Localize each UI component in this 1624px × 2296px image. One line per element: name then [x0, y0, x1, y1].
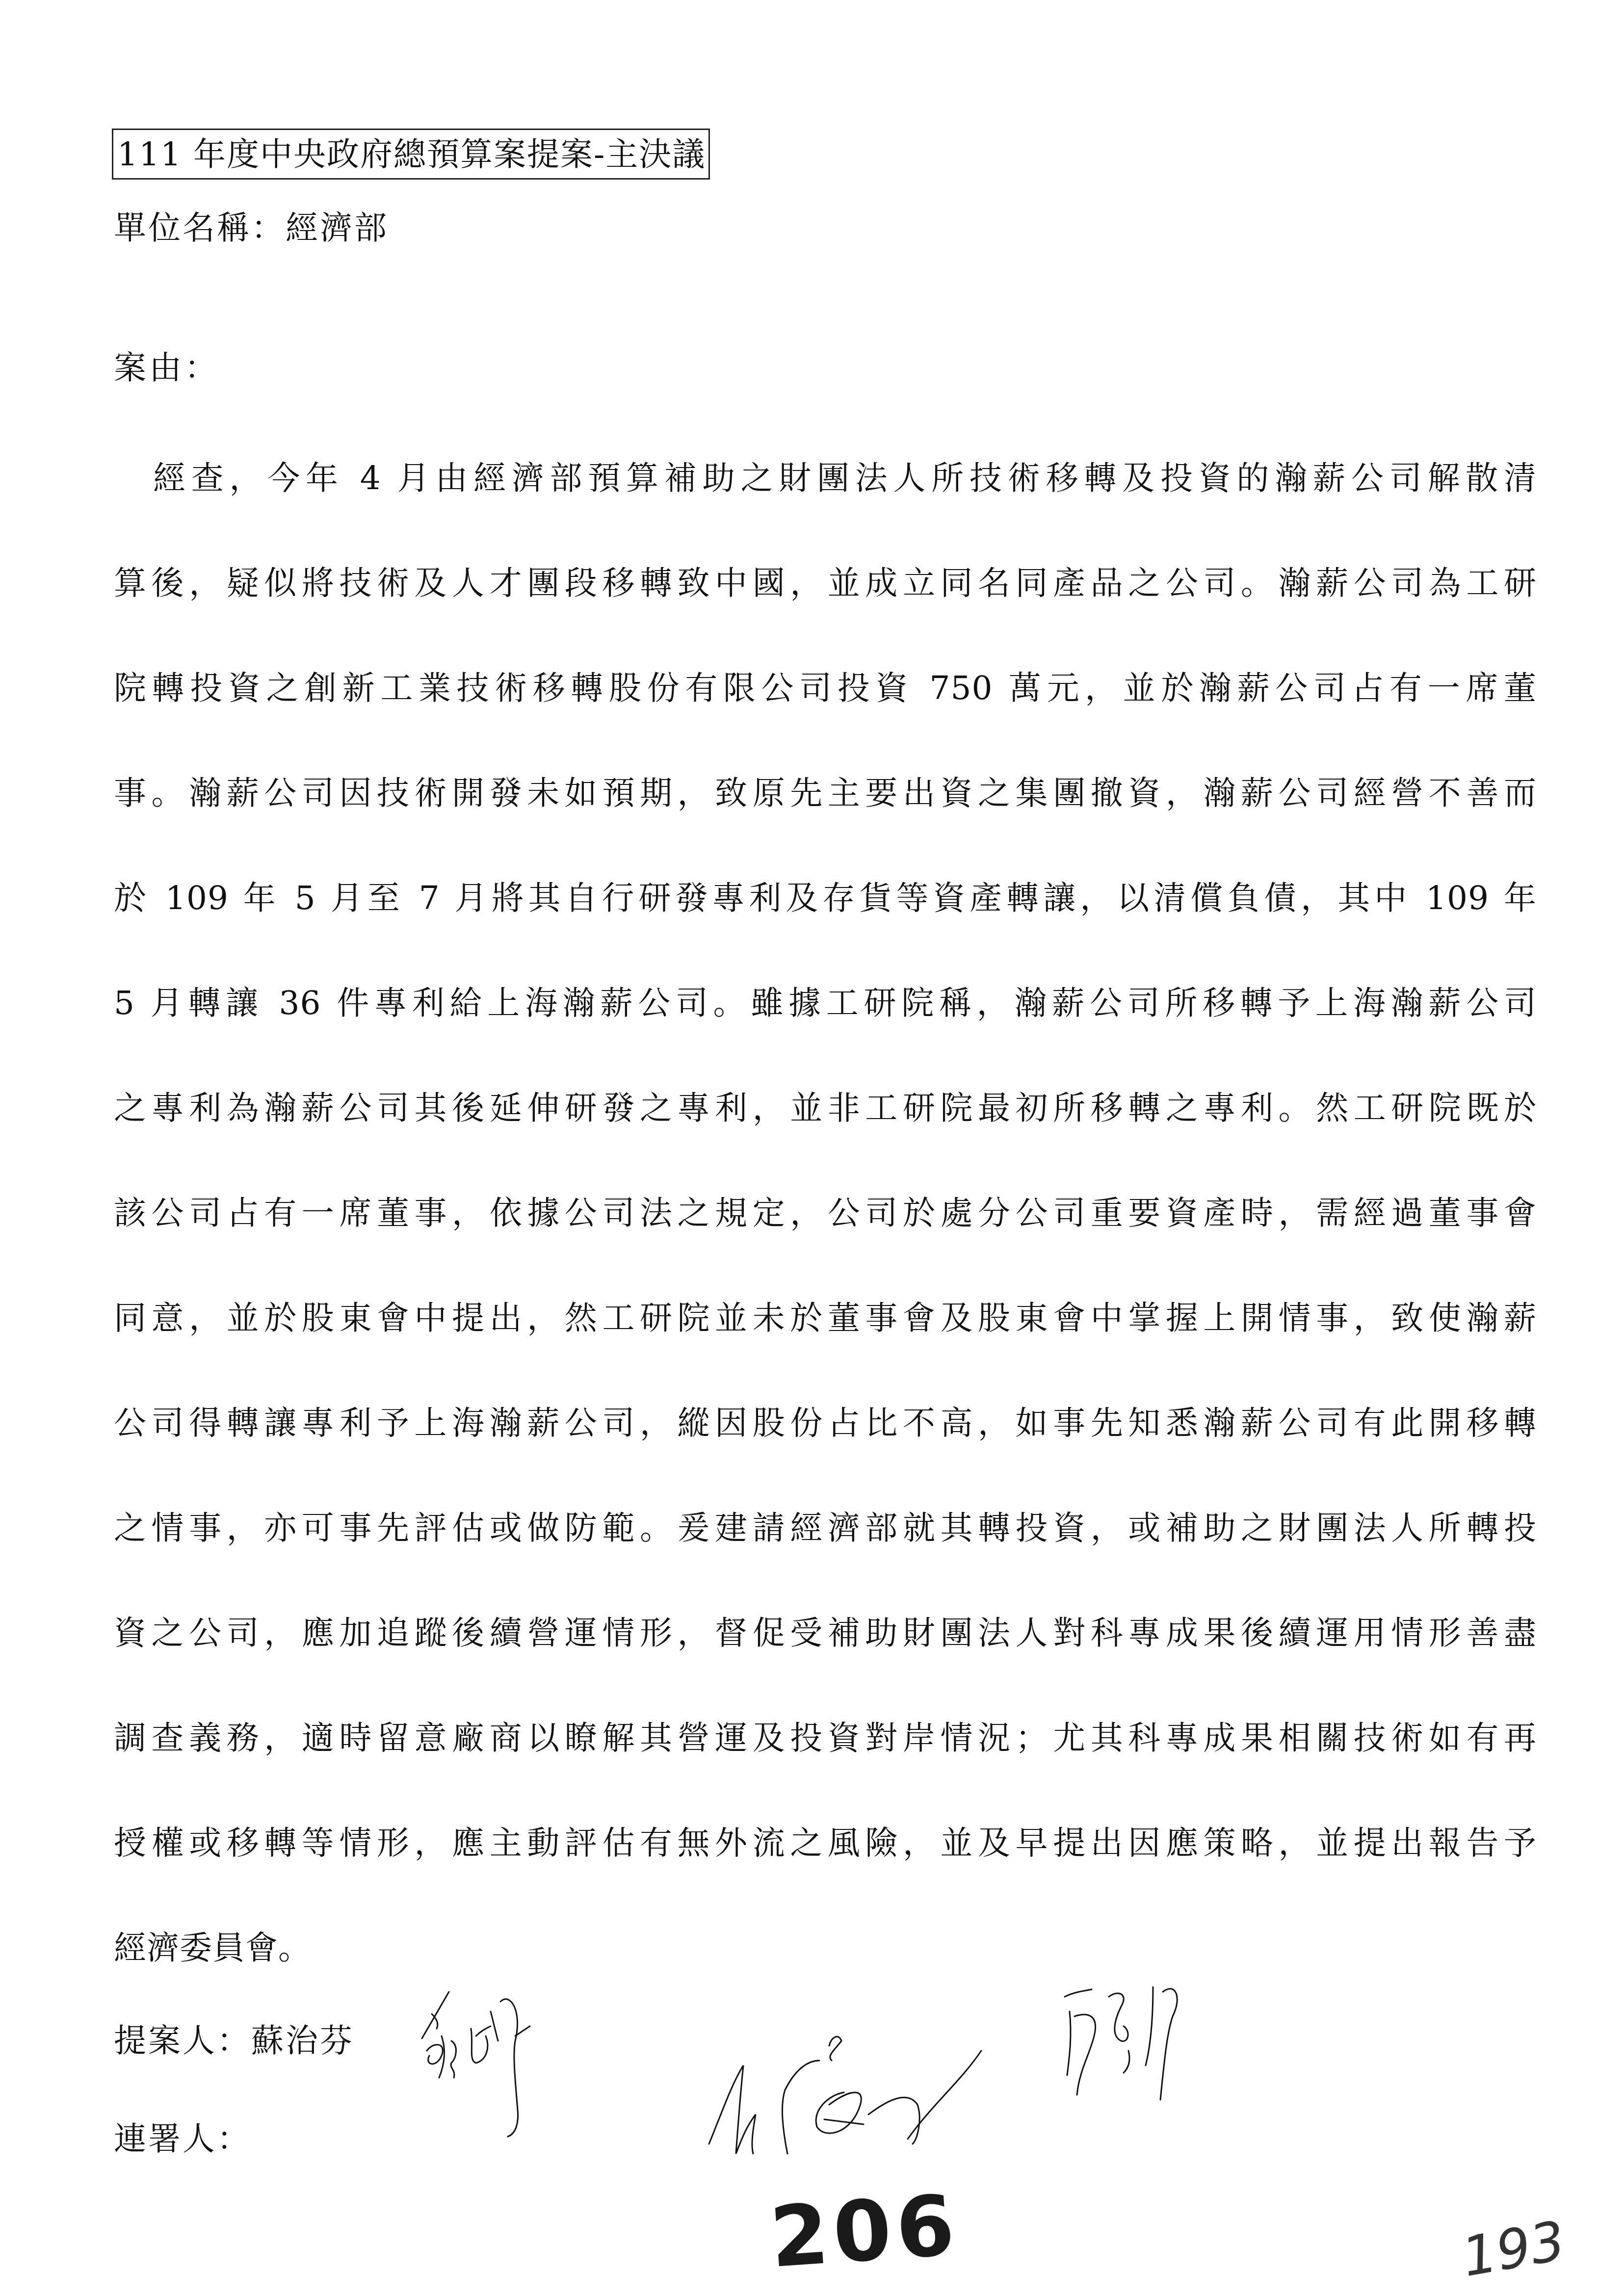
handwritten-page-number: 206 — [767, 2177, 963, 2287]
body-line: 公司得轉讓專利予上海瀚薪公司，縱因股份占比不高，如事先知悉瀚薪公司有此開移轉 — [114, 1399, 1537, 1504]
body-line: 資之公司，應加追蹤後續營運情形，督促受補助財團法人對科專成果後續運用情形善盡 — [114, 1609, 1537, 1714]
proposer-label: 提案人：蘇治芬 — [114, 2019, 354, 2063]
body-line: 同意，並於股東會中提出，然工研院並未於董事會及股東會中掌握上開情事，致使瀚薪 — [114, 1294, 1537, 1399]
body-line: 5 月轉讓 36 件專利給上海瀚薪公司。雖據工研院稱，瀚薪公司所移轉予上海瀚薪公… — [114, 979, 1537, 1084]
cosigners-label: 連署人： — [114, 2117, 251, 2161]
body-line: 授權或移轉等情形，應主動評估有無外流之風險，並及早提出因應策略，並提出報告予 — [114, 1819, 1537, 1924]
document-page: 111 年度中央政府總預算案提案-主決議 單位名稱：經濟部 案由： 經查，今年 … — [0, 0, 1624, 2296]
body-line: 之情事，亦可事先評估或做防範。爰建請經濟部就其轉投資，或補助之財團法人所轉投 — [114, 1504, 1537, 1609]
handwritten-corner-number: 193 — [1457, 2209, 1570, 2289]
cosigner-signature-2 — [1055, 1977, 1330, 2105]
document-title: 111 年度中央政府總預算案提案-主決議 — [112, 129, 710, 180]
reason-label: 案由： — [114, 346, 220, 390]
body-line: 院轉投資之創新工業技術移轉股份有限公司投資 750 萬元，並於瀚薪公司占有一席董 — [114, 664, 1537, 769]
proposer-signature — [417, 1982, 623, 2168]
body-line: 事。瀚薪公司因技術開發未如預期，致原先主要出資之集團撤資，瀚薪公司經營不善而 — [114, 769, 1537, 874]
body-line: 調查義務，適時留意廠商以瞭解其營運及投資對岸情況；尤其科專成果相關技術如有再 — [114, 1714, 1537, 1819]
body-line: 算後，疑似將技術及人才團段移轉致中國，並成立同名同產品之公司。瀚薪公司為工研 — [114, 559, 1537, 664]
body-line: 經查，今年 4 月由經濟部預算補助之財團法人所技術移轉及投資的瀚薪公司解散清 — [114, 454, 1537, 559]
unit-name: 單位名稱：經濟部 — [114, 206, 389, 250]
body-line: 之專利為瀚薪公司其後延伸研發之專利，並非工研院最初所移轉之專利。然工研院既於 — [114, 1084, 1537, 1189]
body-line: 該公司占有一席董事，依據公司法之規定，公司於處分公司重要資產時，需經過董事會 — [114, 1189, 1537, 1294]
reason-body: 經查，今年 4 月由經濟部預算補助之財團法人所技術移轉及投資的瀚薪公司解散清 算… — [114, 454, 1537, 2029]
body-line: 於 109 年 5 月至 7 月將其自行研發專利及存貨等資產轉讓，以清償負債，其… — [114, 874, 1537, 979]
